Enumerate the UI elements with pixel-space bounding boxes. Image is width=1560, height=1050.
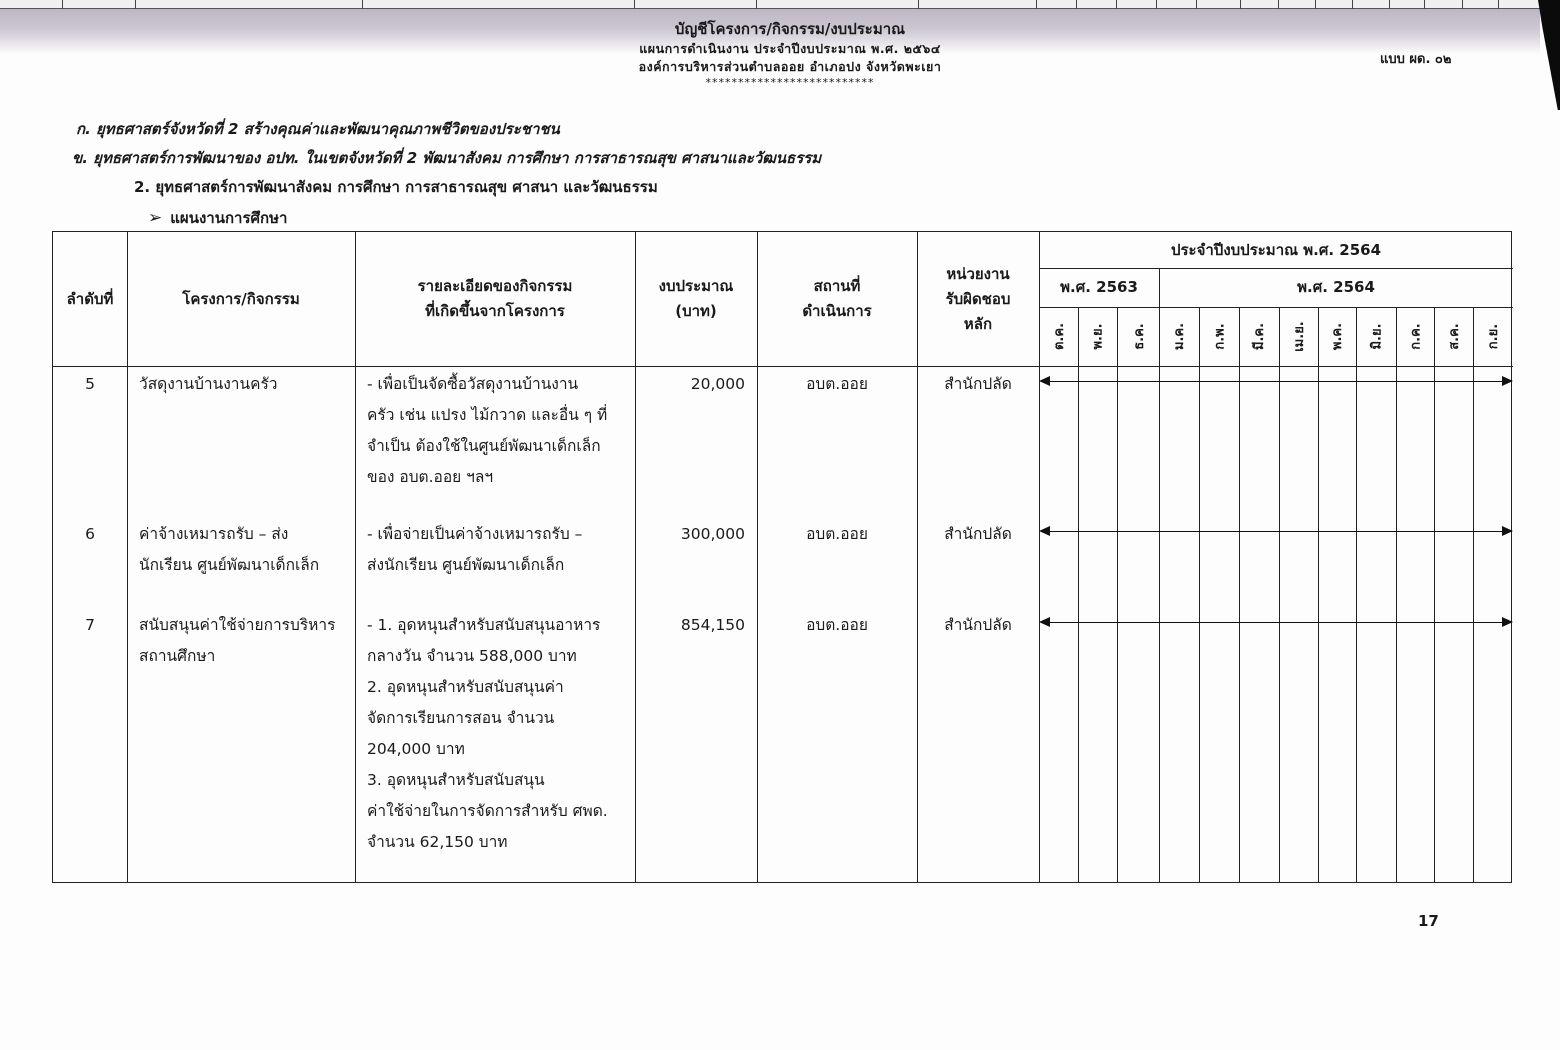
responsible-agency: สำนักปลัด <box>917 369 1039 400</box>
grid-line-vertical <box>1279 307 1280 882</box>
location: อบต.ออย <box>757 610 917 641</box>
month-header: ม.ค. <box>1159 307 1199 365</box>
activity-detail-line: จำเป็น ต้องใช้ในศูนย์พัฒนาเด็กเล็ก <box>367 431 635 462</box>
month-header: ก.พ. <box>1199 307 1239 365</box>
month-header: มิ.ย. <box>1356 307 1396 365</box>
plan-heading: ➢ แผนงานการศึกษา <box>148 206 287 230</box>
arrow-bullet-icon: ➢ <box>148 208 162 228</box>
header-agency-line1: หน่วยงาน <box>946 262 1009 287</box>
month-header: พ.ย. <box>1078 307 1117 365</box>
organization-name: องค์การบริหารส่วนตำบลออย อำเภอปง จังหวัด… <box>560 58 1020 76</box>
header-fiscal-year: ประจำปีงบประมาณ พ.ศ. 2564 <box>1039 232 1513 268</box>
month-label: พ.ค. <box>1327 322 1348 349</box>
row-number: 6 <box>53 519 127 550</box>
previous-page-edge <box>0 0 1540 9</box>
activity-detail-line: ครัว เช่น แปรง ไม้กวาด และอื่น ๆ ที่ <box>367 400 635 431</box>
responsible-agency: สำนักปลัด <box>917 519 1039 550</box>
project-name-line: นักเรียน ศูนย์พัฒนาเด็กเล็ก <box>139 550 351 581</box>
grid-line-vertical <box>1396 307 1397 882</box>
month-label: ก.ค. <box>1404 323 1425 349</box>
header-agency-line3: หลัก <box>964 312 992 337</box>
location: อบต.ออย <box>757 369 917 400</box>
activity-detail-line: 204,000 บาท <box>367 734 635 765</box>
grid-line-vertical <box>1039 232 1040 882</box>
grid-line-vertical <box>635 232 636 882</box>
row-number: 7 <box>53 610 127 641</box>
header-project: โครงการ/กิจกรรม <box>127 232 355 366</box>
binding-edge <box>1538 0 1560 110</box>
sub-strategy: 2. ยุทธศาสตร์การพัฒนาสังคม การศึกษา การส… <box>134 177 658 197</box>
project-name: ค่าจ้างเหมารถรับ – ส่งนักเรียน ศูนย์พัฒน… <box>139 519 351 581</box>
activity-detail-line: ค่าใช้จ่ายในการจัดการสำหรับ ศพด. <box>367 796 635 827</box>
grid-line-horizontal <box>1039 268 1513 269</box>
header-location-line2: ดำเนินการ <box>802 299 871 324</box>
month-header: ต.ค. <box>1039 307 1078 365</box>
budget-amount: 20,000 <box>635 369 745 400</box>
header-year-2563: พ.ศ. 2563 <box>1039 268 1159 307</box>
project-table: ลำดับที่ โครงการ/กิจกรรม รายละเอียดของกิ… <box>52 231 1512 883</box>
project-name: วัสดุงานบ้านงานครัว <box>139 369 351 400</box>
timeline-arrow <box>1041 531 1511 532</box>
month-label: มี.ค. <box>1249 322 1270 349</box>
activity-detail-line: กลางวัน จำนวน 588,000 บาท <box>367 641 635 672</box>
plan-title: แผนงานการศึกษา <box>170 206 287 230</box>
activity-detail-line: จำนวน 62,150 บาท <box>367 827 635 858</box>
grid-line-horizontal <box>53 366 1513 367</box>
month-label: ธ.ค. <box>1127 323 1148 350</box>
grid-line-vertical <box>757 232 758 882</box>
grid-line-vertical <box>917 232 918 882</box>
activity-detail-line: 2. อุดหนุนสำหรับสนับสนุนค่า <box>367 672 635 703</box>
document-header: บัญชีโครงการ/กิจกรรม/งบประมาณ แผนการดำเน… <box>560 18 1020 90</box>
responsible-agency: สำนักปลัด <box>917 610 1039 641</box>
project-name-line: สถานศึกษา <box>139 641 351 672</box>
month-label: พ.ย. <box>1087 323 1108 349</box>
month-label: เม.ย. <box>1288 321 1309 352</box>
grid-line-vertical <box>355 232 356 882</box>
header-no: ลำดับที่ <box>53 232 127 366</box>
timeline-arrow <box>1041 622 1511 623</box>
grid-line-vertical <box>1078 307 1079 882</box>
activity-detail: - เพื่อจ่ายเป็นค่าจ้างเหมารถรับ –ส่งนักเ… <box>367 519 635 581</box>
header-budget-line2: (บาท) <box>675 299 717 324</box>
header-year-2564: พ.ศ. 2564 <box>1159 268 1513 307</box>
month-label: ม.ค. <box>1169 322 1190 349</box>
activity-detail: - 1. อุดหนุนสำหรับสนับสนุนอาหารกลางวัน จ… <box>367 610 635 858</box>
month-label: ต.ค. <box>1048 322 1069 349</box>
grid-line-vertical <box>1318 307 1319 882</box>
grid-line-vertical <box>1239 307 1240 882</box>
header-location: สถานที่ ดำเนินการ <box>757 232 917 366</box>
month-header: ก.ค. <box>1396 307 1434 365</box>
grid-line-vertical <box>1199 307 1200 882</box>
activity-detail-line: ของ อบต.ออย ฯลฯ <box>367 462 635 493</box>
document-subtitle: แผนการดำเนินงาน ประจำปีงบประมาณ พ.ศ. ๒๕๖… <box>560 40 1020 58</box>
grid-line-horizontal <box>1039 307 1513 308</box>
grid-line-vertical <box>1117 307 1118 882</box>
project-name-line: ค่าจ้างเหมารถรับ – ส่ง <box>139 519 351 550</box>
month-label: ก.ย. <box>1483 323 1504 348</box>
local-strategy: ข. ยุทธศาสตร์การพัฒนาของ อปท. ในเขตจังหว… <box>72 148 821 168</box>
budget-amount: 300,000 <box>635 519 745 550</box>
project-name-line: วัสดุงานบ้านงานครัว <box>139 369 351 400</box>
activity-detail: - เพื่อเป็นจัดซื้อวัสดุงานบ้านงานครัว เช… <box>367 369 635 493</box>
month-label: ส.ค. <box>1443 323 1464 350</box>
header-agency: หน่วยงาน รับผิดชอบ หลัก <box>917 232 1039 366</box>
grid-line-vertical <box>1473 307 1474 882</box>
grid-line-vertical <box>1159 268 1160 882</box>
header-budget-line1: งบประมาณ <box>659 274 734 299</box>
header-agency-line2: รับผิดชอบ <box>946 287 1011 312</box>
month-label: มิ.ย. <box>1365 323 1386 349</box>
grid-line-vertical <box>127 232 128 882</box>
grid-line-vertical <box>1356 307 1357 882</box>
header-detail: รายละเอียดของกิจกรรม ที่เกิดขึ้นจากโครงก… <box>355 232 635 366</box>
header-location-line1: สถานที่ <box>814 274 861 299</box>
month-header: ธ.ค. <box>1117 307 1159 365</box>
document-title: บัญชีโครงการ/กิจกรรม/งบประมาณ <box>560 18 1020 40</box>
header-separator: ************************** <box>560 76 1020 90</box>
location: อบต.ออย <box>757 519 917 550</box>
activity-detail-line: จัดการเรียนการสอน จำนวน <box>367 703 635 734</box>
budget-amount: 854,150 <box>635 610 745 641</box>
month-header: ส.ค. <box>1434 307 1473 365</box>
month-header: เม.ย. <box>1279 307 1318 365</box>
month-header: มี.ค. <box>1239 307 1279 365</box>
project-name-line: สนับสนุนค่าใช้จ่ายการบริหาร <box>139 610 351 641</box>
activity-detail-line: ส่งนักเรียน ศูนย์พัฒนาเด็กเล็ก <box>367 550 635 581</box>
activity-detail-line: - เพื่อจ่ายเป็นค่าจ้างเหมารถรับ – <box>367 519 635 550</box>
row-number: 5 <box>53 369 127 400</box>
header-detail-line2: ที่เกิดขึ้นจากโครงการ <box>425 299 565 324</box>
provincial-strategy: ก. ยุทธศาสตร์จังหวัดที่ 2 สร้างคุณค่าและ… <box>76 119 560 139</box>
month-header: พ.ค. <box>1318 307 1356 365</box>
month-header: ก.ย. <box>1473 307 1513 365</box>
timeline-arrow <box>1041 381 1511 382</box>
form-code: แบบ ผด. ๐๒ <box>1380 48 1451 69</box>
header-detail-line1: รายละเอียดของกิจกรรม <box>418 274 573 299</box>
page-number: 17 <box>1418 912 1439 930</box>
grid-line-vertical <box>1434 307 1435 882</box>
activity-detail-line: - 1. อุดหนุนสำหรับสนับสนุนอาหาร <box>367 610 635 641</box>
month-label: ก.พ. <box>1208 323 1229 349</box>
activity-detail-line: - เพื่อเป็นจัดซื้อวัสดุงานบ้านงาน <box>367 369 635 400</box>
activity-detail-line: 3. อุดหนุนสำหรับสนับสนุน <box>367 765 635 796</box>
header-budget: งบประมาณ (บาท) <box>635 232 757 366</box>
project-name: สนับสนุนค่าใช้จ่ายการบริหารสถานศึกษา <box>139 610 351 672</box>
